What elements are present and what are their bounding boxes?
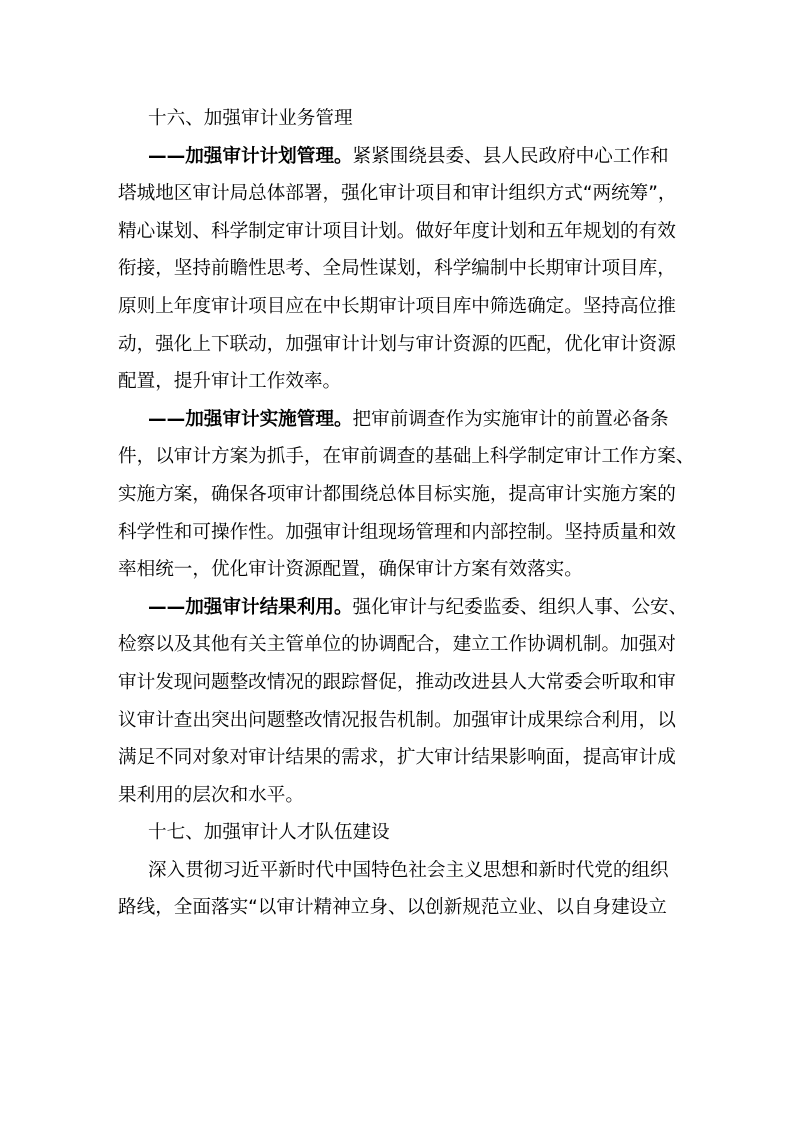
document-page: 十六、加强审计业务管理 ——加强审计计划管理。紧紧围绕县委、县人民政府中心工作和… <box>118 100 678 927</box>
paragraph-line: 率相统一，优化审计资源配置，确保审计方案有效落实。 <box>118 551 678 589</box>
paragraph-line: 动，强化上下联动，加强审计计划与审计资源的匹配，优化审计资源 <box>118 326 678 364</box>
paragraph-line: 果利用的层次和水平。 <box>118 777 678 815</box>
paragraph-line: 衔接，坚持前瞻性思考、全局性谋划，科学编制中长期审计项目库， <box>118 250 678 288</box>
paragraph-line: 件，以审计方案为抓手，在审前调查的基础上科学制定审计工作方案、 <box>118 438 678 476</box>
paragraph-line: 路线，全面落实“以审计精神立身、以创新规范立业、以自身建设立 <box>118 889 678 927</box>
paragraph-line: 检察以及其他有关主管单位的协调配合，建立工作协调机制。加强对 <box>118 626 678 664</box>
paragraph-line: 实施方案，确保各项审计都围绕总体目标实施，提高审计实施方案的 <box>118 476 678 514</box>
paragraph-results-utilization-line-1: ——加强审计结果利用。强化审计与纪委监委、组织人事、公安、 <box>118 589 678 627</box>
paragraph-line: 塔城地区审计局总体部署，强化审计项目和审计组织方式“两统筹”， <box>118 175 678 213</box>
paragraph-implementation-management-line-1: ——加强审计实施管理。把审前调查作为实施审计的前置必备条 <box>118 401 678 439</box>
paragraph-line: 科学性和可操作性。加强审计组现场管理和内部控制。坚持质量和效 <box>118 514 678 552</box>
paragraph-line: 配置，提升审计工作效率。 <box>118 363 678 401</box>
section-heading-16: 十六、加强审计业务管理 <box>118 100 678 138</box>
paragraph-talent-line-1: 深入贯彻习近平新时代中国特色社会主义思想和新时代党的组织 <box>118 852 678 890</box>
paragraph-plan-management-line-1: ——加强审计计划管理。紧紧围绕县委、县人民政府中心工作和 <box>118 138 678 176</box>
paragraph-text: 强化审计与纪委监委、组织人事、公安、 <box>353 597 688 618</box>
paragraph-line: 原则上年度审计项目应在中长期审计项目库中筛选确定。坚持高位推 <box>118 288 678 326</box>
paragraph-text: 把审前调查作为实施审计的前置必备条 <box>353 409 669 430</box>
paragraph-lead-results-utilization: ——加强审计结果利用。 <box>148 597 353 618</box>
paragraph-line: 审计发现问题整改情况的跟踪督促，推动改进县人大常委会听取和审 <box>118 664 678 702</box>
section-heading-17: 十七、加强审计人才队伍建设 <box>118 814 678 852</box>
paragraph-text: 紧紧围绕县委、县人民政府中心工作和 <box>353 146 669 167</box>
paragraph-lead-implementation-management: ——加强审计实施管理。 <box>148 409 353 430</box>
paragraph-line: 满足不同对象对审计结果的需求，扩大审计结果影响面，提高审计成 <box>118 739 678 777</box>
paragraph-lead-plan-management: ——加强审计计划管理。 <box>148 146 353 167</box>
paragraph-line: 议审计查出突出问题整改情况报告机制。加强审计成果综合利用，以 <box>118 702 678 740</box>
paragraph-line: 精心谋划、科学制定审计项目计划。做好年度计划和五年规划的有效 <box>118 213 678 251</box>
